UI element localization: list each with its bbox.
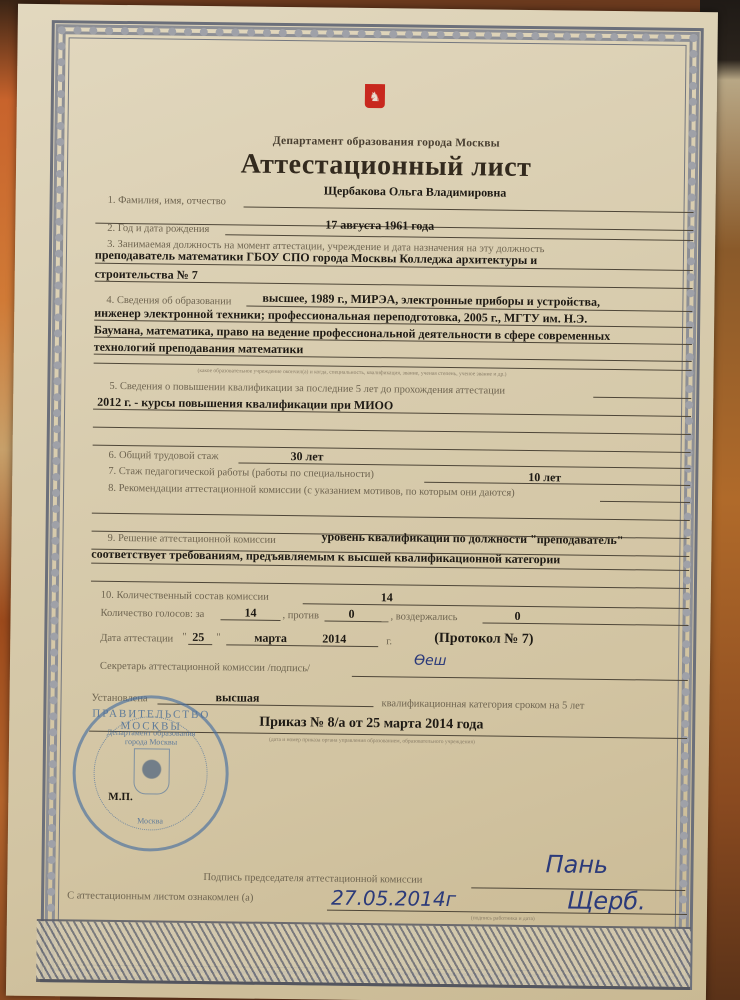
votes-abstained-label: , воздержались	[390, 611, 457, 623]
date-label: Дата аттестации	[100, 633, 173, 645]
acquainted-caption: (подпись работника и дата)	[471, 915, 535, 922]
acquainted-label: С аттестационным листом ознакомлен (а)	[67, 890, 253, 903]
order-value: Приказ № 8/а от 25 марта 2014 года	[259, 715, 483, 734]
field-1-value: Щербакова Ольга Владимировна	[324, 183, 507, 200]
date-year-suffix: г.	[386, 636, 392, 647]
field-2-label: 2. Год и дата рождения	[107, 223, 209, 235]
secretary-signature: Ѳеш	[414, 653, 447, 669]
acquainted-signature: Щерб.	[567, 887, 646, 916]
stamp-inner-text: Департамент образования города Москвы	[106, 728, 196, 747]
field-2-value: 17 августа 1961 года	[325, 217, 434, 233]
field-6-label: 6. Общий трудовой стаж	[108, 450, 218, 462]
field-10-label: 10. Количественный состав комиссии	[101, 590, 269, 603]
votes-against-label: , против	[283, 610, 320, 621]
moscow-coat-of-arms-icon: ♞	[365, 84, 385, 108]
field-1-label: 1. Фамилия, имя, отчество	[108, 195, 226, 207]
stamp-bottom-text: Москва	[95, 816, 205, 826]
votes-for-value: 14	[245, 606, 257, 621]
votes-abstained-value: 0	[514, 609, 520, 624]
attestation-sheet: ♞ Департамент образования города Москвы …	[6, 4, 718, 1000]
date-quote-close: "	[216, 632, 220, 643]
protocol-number: (Протокол № 7)	[434, 631, 533, 648]
field-9-label: 9. Решение аттестационной комиссии	[107, 533, 275, 546]
decorative-bottom-border	[36, 919, 691, 990]
date-year: 2014	[322, 631, 346, 646]
stamp-coat-of-arms-icon	[133, 748, 170, 794]
votes-label: Количество голосов: за	[101, 608, 205, 620]
date-quote-open: "	[182, 632, 186, 643]
votes-against-value: 0	[348, 607, 354, 622]
acquainted-date: 27.05.2014г	[331, 886, 456, 912]
date-day: 25	[192, 630, 204, 645]
chairman-signature: Пань	[545, 850, 608, 879]
field-10-value: 14	[381, 590, 393, 605]
